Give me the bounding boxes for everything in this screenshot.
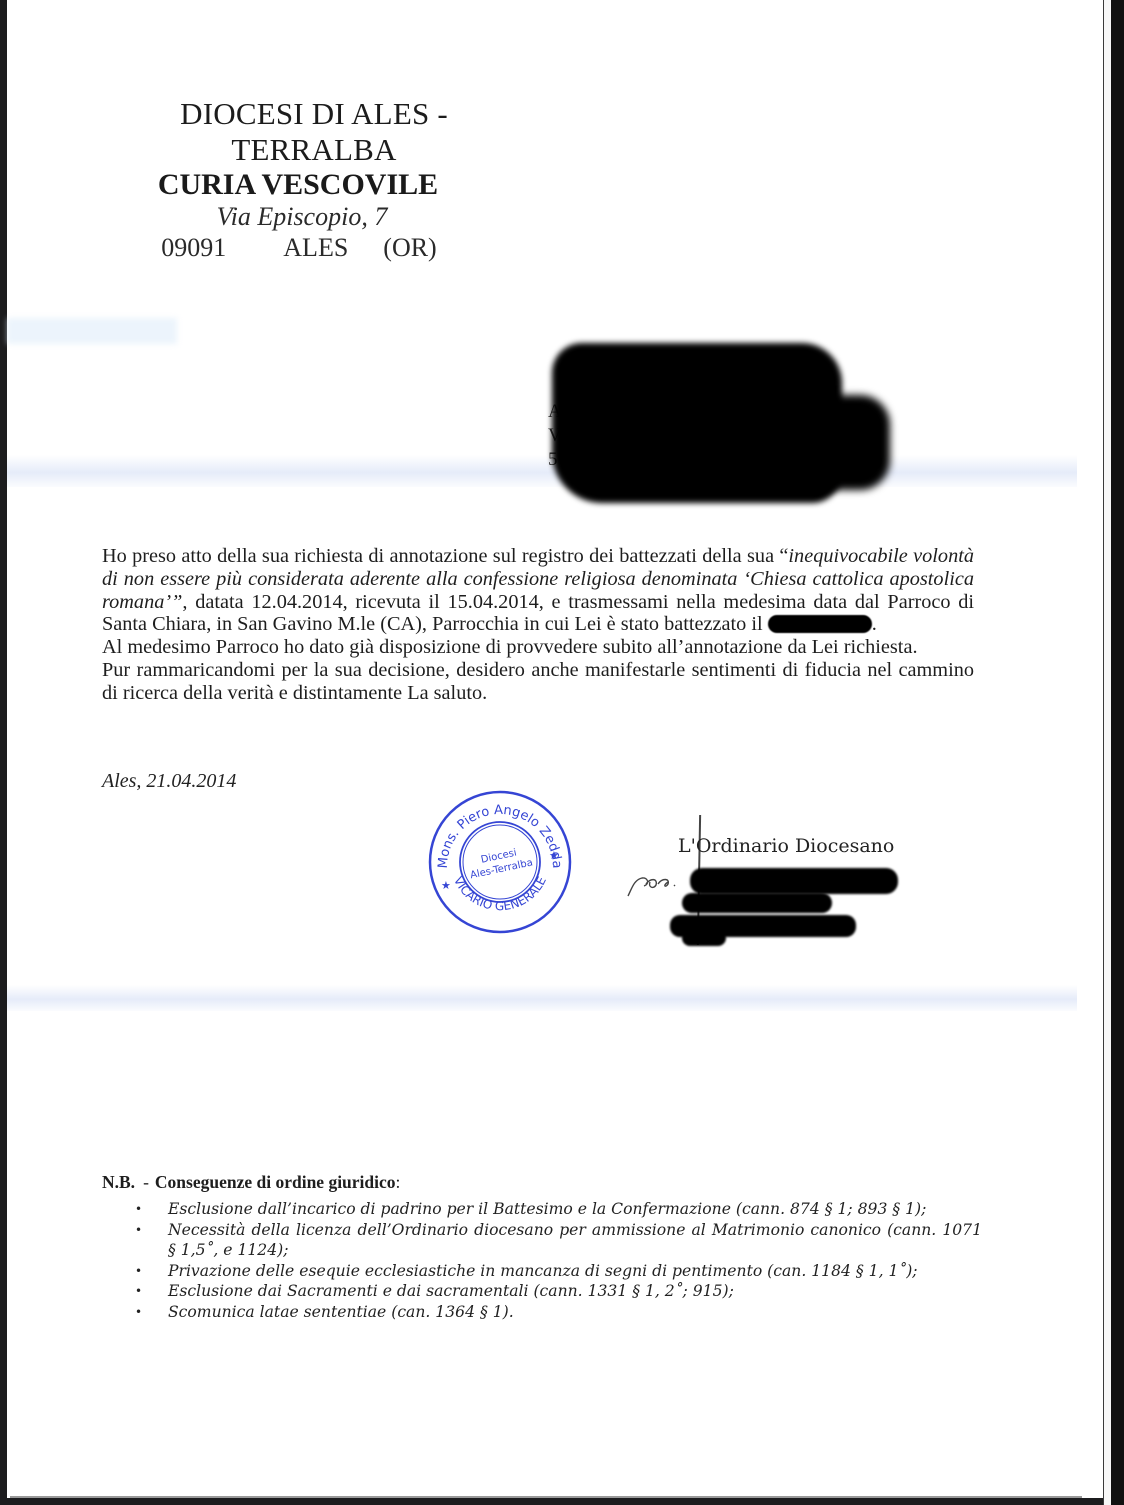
- redaction-block: [682, 893, 832, 913]
- place-date: Ales, 21.04.2014: [102, 770, 236, 793]
- bullet-icon: •: [135, 1281, 142, 1302]
- list-item: •Privazione delle esequie ecclesiastiche…: [102, 1261, 982, 1282]
- svg-text:VICARIO GENERALE: VICARIO GENERALE: [451, 874, 549, 913]
- province: (OR): [383, 232, 436, 264]
- city: ALES: [283, 232, 383, 264]
- list-item: •Esclusione dai Sacramenti e dai sacrame…: [102, 1281, 982, 1302]
- diocese-name: DIOCESI DI ALES - TERRALBA: [104, 96, 524, 168]
- redaction-block: [690, 868, 898, 894]
- handwritten-prefix: [624, 868, 694, 900]
- bullet-icon: •: [135, 1199, 142, 1220]
- paragraph-disposition: Al medesimo Parroco ho dato già disposiz…: [102, 636, 974, 659]
- official-stamp: Mons. Piero Angelo Zedda VICARIO GENERAL…: [425, 787, 575, 937]
- list-item: •Esclusione dall’incarico di padrino per…: [102, 1199, 982, 1220]
- scan-artifact: [7, 318, 177, 344]
- redaction-block: [800, 395, 890, 490]
- scan-background: [1111, 0, 1124, 1505]
- signatory-title: L'Ordinario Diocesano: [678, 835, 894, 857]
- address-city-line: 09091ALES(OR): [74, 232, 524, 264]
- scan-fold-band: [7, 455, 1077, 487]
- list-item: •Scomunica latae sententiae (can. 1364 §…: [102, 1302, 982, 1323]
- list-item: •Necessità della licenza dell’Ordinario …: [102, 1220, 982, 1261]
- curia-name: CURIA VESCOVILE: [72, 168, 524, 202]
- stamp-outer-bottom: VICARIO GENERALE: [451, 874, 549, 913]
- bullet-icon: •: [135, 1220, 142, 1241]
- star-icon: ★: [549, 849, 559, 862]
- redacted-baptism-date: [768, 615, 872, 633]
- legal-consequences: N.B.-Conseguenze di ordine giuridico: •E…: [102, 1172, 982, 1322]
- paragraph-request: Ho preso atto della sua richiesta di ann…: [102, 545, 974, 636]
- scan-fold-band: [7, 985, 1077, 1011]
- letter-body: Ho preso atto della sua richiesta di ann…: [102, 545, 974, 705]
- redaction-block: [682, 930, 726, 946]
- postal-code: 09091: [161, 232, 283, 264]
- bullet-icon: •: [135, 1302, 142, 1323]
- address-street: Via Episcopio, 7: [80, 202, 524, 232]
- redaction-block: [552, 343, 842, 503]
- bullet-icon: •: [135, 1261, 142, 1282]
- star-icon: ★: [441, 879, 451, 892]
- page-bottom-edge: [10, 1496, 1082, 1498]
- letterhead: DIOCESI DI ALES - TERRALBA CURIA VESCOVI…: [104, 96, 524, 264]
- consequence-list: •Esclusione dall’incarico di padrino per…: [102, 1199, 982, 1322]
- nb-heading: N.B.-Conseguenze di ordine giuridico:: [102, 1172, 982, 1193]
- paragraph-closing: Pur rammaricandomi per la sua decisione,…: [102, 659, 974, 705]
